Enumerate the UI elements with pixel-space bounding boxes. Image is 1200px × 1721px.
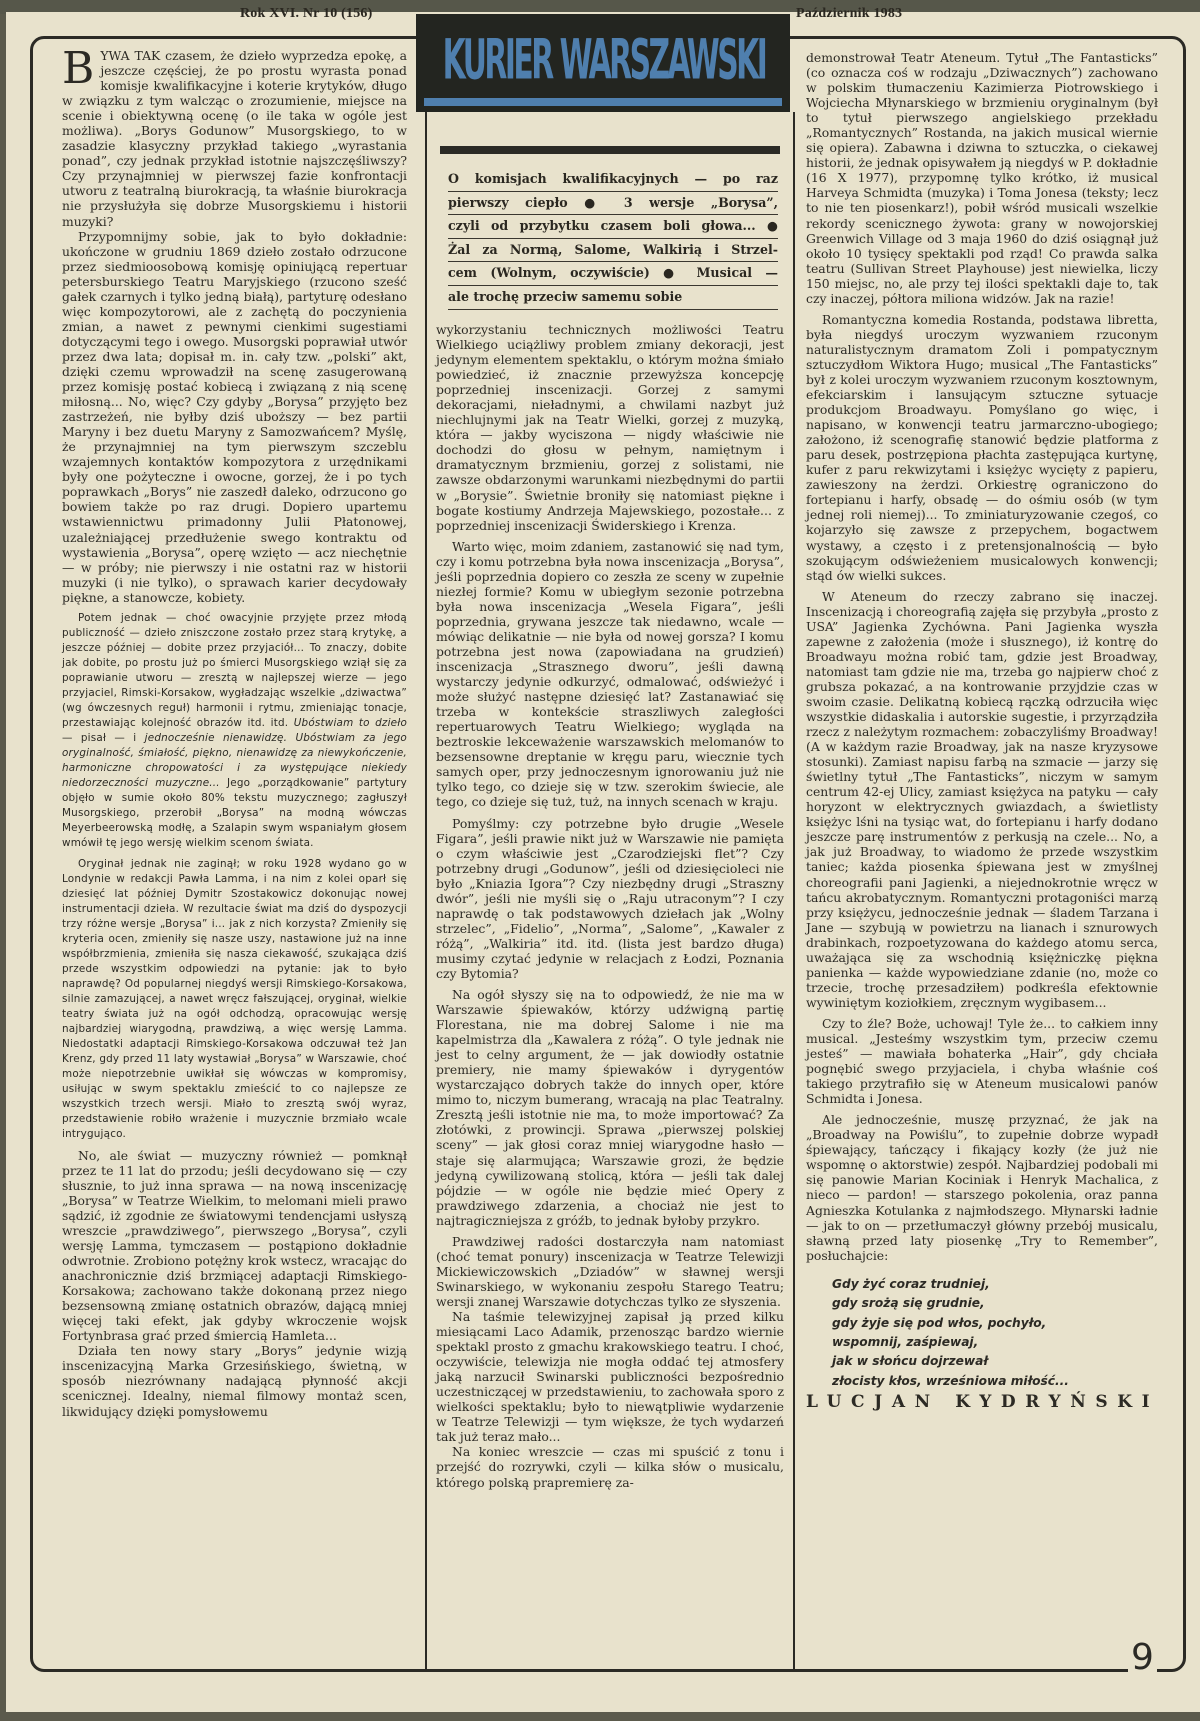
paragraph: Na taśmie telewizyjnej zapisał ją przed … [436, 1309, 784, 1444]
lead-line: O komisjach kwalifikacyjnych — po raz [448, 168, 778, 192]
paragraph: Na koniec wreszcie — czas mi spuścić z t… [436, 1444, 784, 1489]
issue-date: Październik 1983 [796, 6, 902, 22]
lead-top-rule [440, 146, 780, 154]
masthead-title: KURIER WARSZAWSKI [499, 16, 710, 103]
lyric-line: złocisty kłos, wrześniowa miłość... [832, 1372, 1158, 1391]
lead-line: Żal za Normą, Salome, Walkirią i Strzel- [448, 239, 778, 263]
paragraph-text: — pisał — i [62, 732, 145, 744]
paragraph-text: YWA TAK czasem, że dzieło wyprzedza epok… [62, 48, 407, 229]
quote-text: Ubóstwiam to dzieło [294, 717, 407, 729]
song-lyrics: Gdy żyć coraz trudniej, gdy srożą się gr… [832, 1275, 1158, 1391]
paragraph: Przypomnijmy sobie, jak to było dokładni… [62, 229, 407, 605]
article-lead: O komisjach kwalifikacyjnych — po raz pi… [448, 168, 778, 310]
paragraph-small: Oryginał jednak nie zaginął; w roku 1928… [62, 857, 407, 1142]
masthead-rule [424, 98, 782, 106]
paragraph: Ale jednocześnie, muszę przyznać, że jak… [806, 1112, 1158, 1262]
lyric-line: gdy srożą się grudnie, [832, 1294, 1158, 1313]
lead-line: ale trochę przeciw samemu sobie [448, 286, 778, 310]
column-1: BYWA TAK czasem, że dzieło wyprzedza epo… [62, 48, 407, 1419]
paragraph: Warto więc, moim zdaniem, zastanowić się… [436, 539, 784, 810]
paragraph: Na ogół słyszy się na to odpowiedź, że n… [436, 987, 784, 1228]
paragraph: Romantyczna komedia Rostanda, podstawa l… [806, 312, 1158, 583]
column-3: demonstrował Teatr Ateneum. Tytuł „The F… [806, 50, 1158, 1410]
paragraph-text: Potem jednak — choć owacyjnie przyjęte p… [62, 612, 407, 729]
lead-line: cem (Wolnym, oczywiście) ● Musical — [448, 262, 778, 286]
paragraph: Czy to źle? Boże, uchowaj! Tyle że... to… [806, 1016, 1158, 1106]
paragraph: demonstrował Teatr Ateneum. Tytuł „The F… [806, 50, 1158, 306]
drop-cap: B [62, 50, 94, 88]
paragraph-small: Potem jednak — choć owacyjnie przyjęte p… [62, 611, 407, 851]
paragraph: wykorzystaniu technicznych możliwości Te… [436, 322, 784, 533]
lyric-line: jak w słońcu dojrzewał [832, 1352, 1158, 1371]
lead-line: pierwszy ciepło ● 3 wersje „Borysa”, [448, 192, 778, 216]
lyric-line: wspomnij, zaśpiewaj, [832, 1333, 1158, 1352]
paragraph: No, ale świat — muzyczny również — pomkn… [62, 1148, 407, 1344]
paragraph: Prawdziwej radości dostarczyła nam natom… [436, 1234, 784, 1309]
paragraph: Pomyślmy: czy potrzebne było drugie „Wes… [436, 816, 784, 982]
page-number: 9 [1128, 1640, 1157, 1676]
masthead: KURIER WARSZAWSKI [416, 14, 790, 112]
paragraph: W Ateneum do rzeczy zabrano się inaczej.… [806, 589, 1158, 1010]
lyric-line: gdy żyje się pod włos, pochyło, [832, 1314, 1158, 1333]
author-byline: LUCJAN KYDRYŃSKI [806, 1395, 1158, 1410]
column-2: wykorzystaniu technicznych możliwości Te… [436, 322, 784, 1490]
issue-number: Rok XVI. Nr 10 (156) [240, 6, 372, 22]
lead-line: czyli od przybytku czasem boli głowa... … [448, 215, 778, 239]
lyric-line: Gdy żyć coraz trudniej, [832, 1275, 1158, 1294]
paragraph: Działa ten nowy stary „Borys” jedynie wi… [62, 1343, 407, 1418]
paragraph-intro: BYWA TAK czasem, że dzieło wyprzedza epo… [62, 48, 407, 229]
